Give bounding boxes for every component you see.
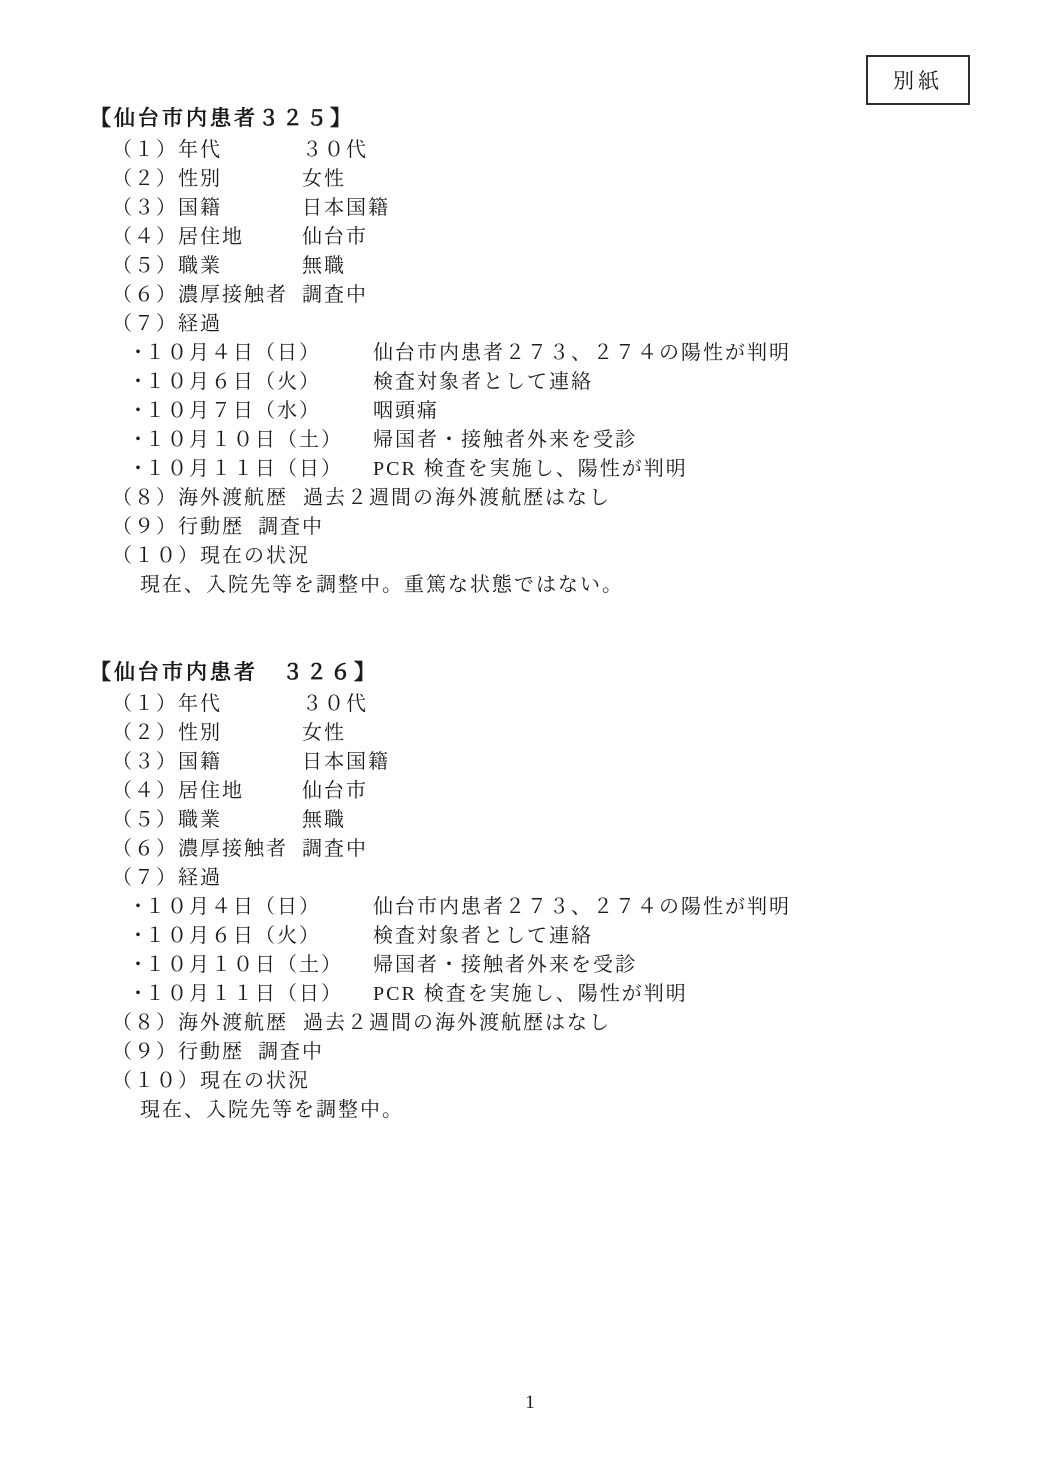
field-row-behavior-history: （９）行動歴 調査中 (0, 1035, 1060, 1064)
bullet-marker: ・ (128, 336, 145, 365)
course-date: １０月１１日（日） (145, 977, 373, 1006)
field-value: 仙台市 (302, 774, 368, 803)
bullet-marker: ・ (128, 394, 145, 423)
course-event: 仙台市内患者２７３、２７４の陽性が判明 (373, 890, 791, 919)
field-label: （３）国籍 (112, 745, 302, 774)
section-title: 【仙台市内患者３２５】 (0, 100, 1060, 133)
bullet-marker: ・ (128, 890, 145, 919)
field-value: 女性 (302, 162, 346, 191)
bullet-marker: ・ (128, 365, 145, 394)
patient-section-326: 【仙台市内患者 ３２６】 （１）年代 ３０代 （２）性別 女性 （３）国籍 日本… (0, 654, 1060, 1122)
course-date: １０月４日（日） (145, 336, 373, 365)
field-row-occupation: （５）職業 無職 (0, 249, 1060, 278)
current-status-heading: （１０）現在の状況 (0, 1064, 1060, 1093)
field-row-close-contacts: （６）濃厚接触者 調査中 (0, 278, 1060, 307)
field-row-travel-history: （８）海外渡航歴 過去２週間の海外渡航歴はなし (0, 1006, 1060, 1035)
course-event: 帰国者・接触者外来を受診 (373, 948, 637, 977)
field-value: 無職 (302, 249, 346, 278)
field-value: 日本国籍 (302, 191, 390, 220)
course-date: １０月４日（日） (145, 890, 373, 919)
course-entry: ・ １０月１１日（日） PCR 検査を実施し、陽性が判明 (0, 977, 1060, 1006)
field-value: 過去２週間の海外渡航歴はなし (303, 1006, 611, 1035)
course-entry: ・ １０月６日（火） 検査対象者として連絡 (0, 919, 1060, 948)
course-date: １０月１０日（土） (145, 423, 373, 452)
course-event: PCR 検査を実施し、陽性が判明 (373, 977, 688, 1006)
course-date: １０月１１日（日） (145, 452, 373, 481)
field-row-nationality: （３）国籍 日本国籍 (0, 191, 1060, 220)
field-value: 調査中 (258, 1035, 324, 1064)
bullet-marker: ・ (128, 919, 145, 948)
field-label: （９）行動歴 (112, 510, 258, 539)
field-row-travel-history: （８）海外渡航歴 過去２週間の海外渡航歴はなし (0, 481, 1060, 510)
course-event: PCR 検査を実施し、陽性が判明 (373, 452, 688, 481)
course-entry: ・ １０月１０日（土） 帰国者・接触者外来を受診 (0, 423, 1060, 452)
attachment-tag-box: 別紙 (866, 55, 970, 105)
course-entry: ・ １０月４日（日） 仙台市内患者２７３、２７４の陽性が判明 (0, 336, 1060, 365)
field-value: 調査中 (302, 832, 368, 861)
current-status-text: 現在、入院先等を調整中。 (0, 1093, 1060, 1122)
field-row-residence: （４）居住地 仙台市 (0, 774, 1060, 803)
current-status-text: 現在、入院先等を調整中。重篤な状態ではない。 (0, 568, 1060, 597)
course-entry: ・ １０月６日（火） 検査対象者として連絡 (0, 365, 1060, 394)
document-page: 別紙 【仙台市内患者３２５】 （１）年代 ３０代 （２）性別 女性 （３）国籍 … (0, 0, 1060, 1465)
field-row-age: （１）年代 ３０代 (0, 687, 1060, 716)
field-value: 調査中 (302, 278, 368, 307)
course-heading: （７）経過 (0, 307, 1060, 336)
field-label: （１）年代 (112, 133, 302, 162)
course-event: 検査対象者として連絡 (373, 919, 593, 948)
bullet-marker: ・ (128, 423, 145, 452)
field-value: ３０代 (302, 687, 368, 716)
field-value: 日本国籍 (302, 745, 390, 774)
course-event: 咽頭痛 (373, 394, 439, 423)
attachment-tag-label: 別紙 (893, 65, 943, 95)
field-label: （６）濃厚接触者 (112, 832, 302, 861)
field-row-sex: （２）性別 女性 (0, 716, 1060, 745)
patient-section-325: 【仙台市内患者３２５】 （１）年代 ３０代 （２）性別 女性 （３）国籍 日本国… (0, 100, 1060, 597)
field-row-behavior-history: （９）行動歴 調査中 (0, 510, 1060, 539)
field-value: 無職 (302, 803, 346, 832)
field-label: （８）海外渡航歴 (112, 1006, 303, 1035)
course-heading-label: （７）経過 (112, 307, 222, 336)
field-label: （５）職業 (112, 249, 302, 278)
current-status-label: （１０）現在の状況 (112, 1064, 310, 1093)
field-value: ３０代 (302, 133, 368, 162)
field-value: 過去２週間の海外渡航歴はなし (303, 481, 611, 510)
field-label: （１）年代 (112, 687, 302, 716)
field-label: （６）濃厚接触者 (112, 278, 302, 307)
course-entry: ・ １０月１０日（土） 帰国者・接触者外来を受診 (0, 948, 1060, 977)
field-value: 仙台市 (302, 220, 368, 249)
course-date: １０月６日（火） (145, 365, 373, 394)
section-title: 【仙台市内患者 ３２６】 (0, 654, 1060, 687)
field-label: （８）海外渡航歴 (112, 481, 303, 510)
course-heading-label: （７）経過 (112, 861, 222, 890)
field-row-nationality: （３）国籍 日本国籍 (0, 745, 1060, 774)
course-entry: ・ １０月７日（水） 咽頭痛 (0, 394, 1060, 423)
field-label: （９）行動歴 (112, 1035, 258, 1064)
course-event: 検査対象者として連絡 (373, 365, 593, 394)
field-label: （２）性別 (112, 716, 302, 745)
course-heading: （７）経過 (0, 861, 1060, 890)
field-label: （３）国籍 (112, 191, 302, 220)
page-number: 1 (0, 1392, 1060, 1414)
course-date: １０月６日（火） (145, 919, 373, 948)
field-label: （２）性別 (112, 162, 302, 191)
bullet-marker: ・ (128, 977, 145, 1006)
field-row-age: （１）年代 ３０代 (0, 133, 1060, 162)
field-row-occupation: （５）職業 無職 (0, 803, 1060, 832)
field-row-close-contacts: （６）濃厚接触者 調査中 (0, 832, 1060, 861)
field-label: （５）職業 (112, 803, 302, 832)
course-entry: ・ １０月１１日（日） PCR 検査を実施し、陽性が判明 (0, 452, 1060, 481)
bullet-marker: ・ (128, 948, 145, 977)
field-label: （４）居住地 (112, 220, 302, 249)
current-status-label: （１０）現在の状況 (112, 539, 310, 568)
field-label: （４）居住地 (112, 774, 302, 803)
field-value: 女性 (302, 716, 346, 745)
field-row-sex: （２）性別 女性 (0, 162, 1060, 191)
course-date: １０月１０日（土） (145, 948, 373, 977)
course-date: １０月７日（水） (145, 394, 373, 423)
current-status-heading: （１０）現在の状況 (0, 539, 1060, 568)
course-entry: ・ １０月４日（日） 仙台市内患者２７３、２７４の陽性が判明 (0, 890, 1060, 919)
bullet-marker: ・ (128, 452, 145, 481)
field-row-residence: （４）居住地 仙台市 (0, 220, 1060, 249)
course-event: 仙台市内患者２７３、２７４の陽性が判明 (373, 336, 791, 365)
course-event: 帰国者・接触者外来を受診 (373, 423, 637, 452)
field-value: 調査中 (258, 510, 324, 539)
